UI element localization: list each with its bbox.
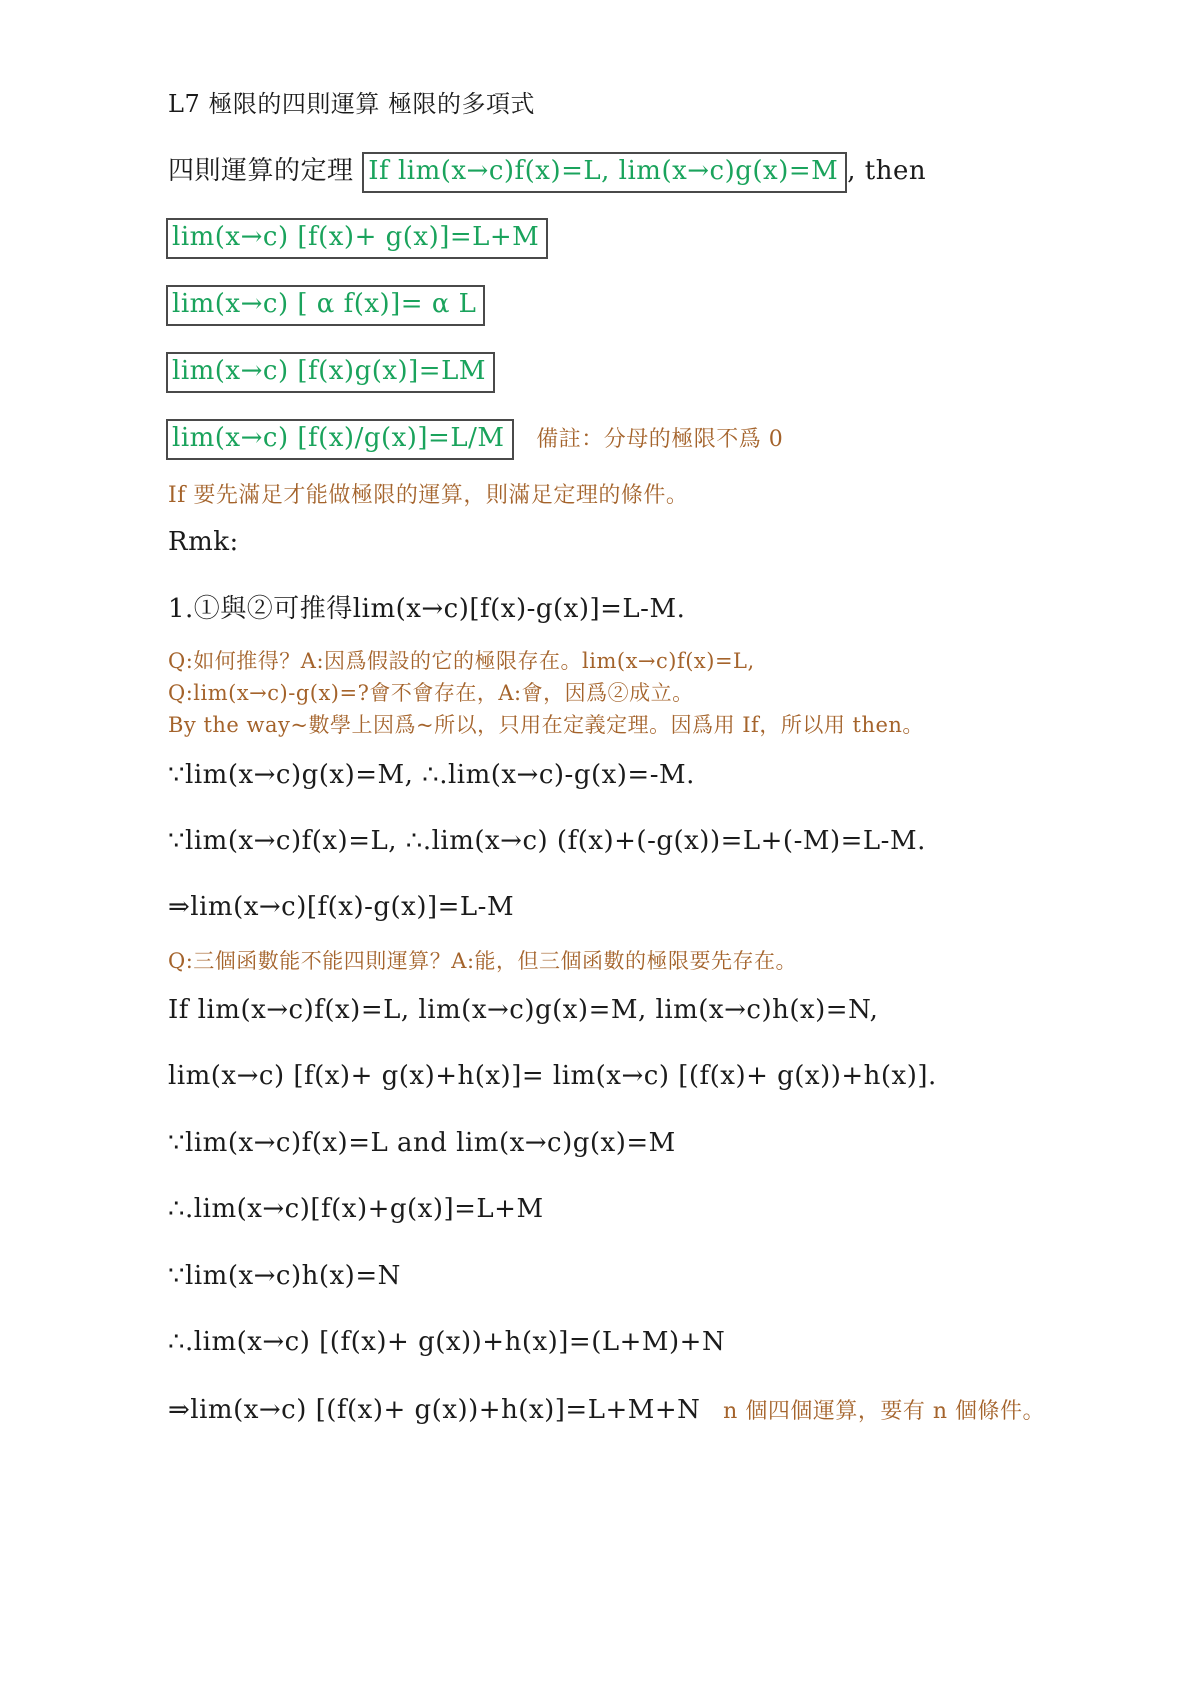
- rule-box-scalar-row: lim(x→c) [ α f(x)]= α L: [166, 285, 485, 326]
- rule-box-quotient-row: lim(x→c) [f(x)/g(x)]=L/M 備註：分母的極限不爲 0: [166, 419, 783, 460]
- rule-quotient-note: 備註：分母的極限不爲 0: [536, 427, 783, 452]
- remark-label: Rmk:: [168, 527, 239, 557]
- remark-qa1: Q:如何推得？A:因爲假設的它的極限存在。lim(x→c)f(x)=L,: [168, 645, 755, 675]
- remark-qa2: Q:lim(x→c)-g(x)=?會不會存在，A:會，因爲②成立。: [168, 677, 694, 707]
- theorem-then-suffix: , then: [847, 156, 926, 186]
- theorem-condition-note: If 要先滿足才能做極限的運算，則滿足定理的條件。: [168, 478, 688, 509]
- three-fn-line-3: ∵lim(x→c)f(x)=L and lim(x→c)g(x)=M: [168, 1128, 676, 1158]
- rule-box-quotient: lim(x→c) [f(x)/g(x)]=L/M: [166, 419, 514, 460]
- theorem-hypothesis-box: If lim(x→c)f(x)=L, lim(x→c)g(x)=M: [362, 152, 847, 193]
- document-page: L7 極限的四則運算 極限的多項式 四則運算的定理 If lim(x→c)f(x…: [0, 0, 1191, 1684]
- remark-qa4: Q:三個函數能不能四則運算？A:能，但三個函數的極限要先存在。: [168, 945, 797, 975]
- theorem-intro-row: 四則運算的定理 If lim(x→c)f(x)=L, lim(x→c)g(x)=…: [168, 150, 926, 193]
- rule-box-product-row: lim(x→c) [f(x)g(x)]=LM: [166, 352, 495, 393]
- derivation-line-3: ⇒lim(x→c)[f(x)-g(x)]=L-M: [168, 892, 514, 922]
- remark-item1: 1.①與②可推得lim(x→c)[f(x)-g(x)]=L-M.: [168, 588, 685, 625]
- three-fn-line-1: If lim(x→c)f(x)=L, lim(x→c)g(x)=M, lim(x…: [168, 995, 878, 1025]
- three-fn-line-2: lim(x→c) [f(x)+ g(x)+h(x)]= lim(x→c) [(f…: [168, 1061, 937, 1091]
- three-fn-line-5: ∵lim(x→c)h(x)=N: [168, 1261, 401, 1291]
- three-fn-conclusion-row: ⇒lim(x→c) [(f(x)+ g(x))+h(x)]=L+M+N n 個四…: [168, 1394, 1045, 1425]
- derivation-line-2: ∵lim(x→c)f(x)=L, ∴.lim(x→c) (f(x)+(-g(x)…: [168, 826, 926, 856]
- rule-box-product: lim(x→c) [f(x)g(x)]=LM: [166, 352, 495, 393]
- theorem-intro-label: 四則運算的定理: [168, 156, 354, 186]
- rule-box-scalar: lim(x→c) [ α f(x)]= α L: [166, 285, 485, 326]
- n-conditions-note: n 個四個運算，要有 n 個條件。: [723, 1399, 1045, 1424]
- three-fn-line-6: ∴.lim(x→c) [(f(x)+ g(x))+h(x)]=(L+M)+N: [168, 1327, 725, 1357]
- rule-box-sum-row: lim(x→c) [f(x)+ g(x)]=L+M: [166, 218, 548, 259]
- remark-qa3: By the way~數學上因爲~所以，只用在定義定理。因爲用 If，所以用 t…: [168, 709, 924, 739]
- rule-box-sum: lim(x→c) [f(x)+ g(x)]=L+M: [166, 218, 548, 259]
- three-fn-line-7: ⇒lim(x→c) [(f(x)+ g(x))+h(x)]=L+M+N: [168, 1395, 700, 1425]
- page-title: L7 極限的四則運算 極限的多項式: [168, 84, 535, 119]
- derivation-line-1: ∵lim(x→c)g(x)=M, ∴.lim(x→c)-g(x)=-M.: [168, 760, 695, 790]
- three-fn-line-4: ∴.lim(x→c)[f(x)+g(x)]=L+M: [168, 1194, 544, 1224]
